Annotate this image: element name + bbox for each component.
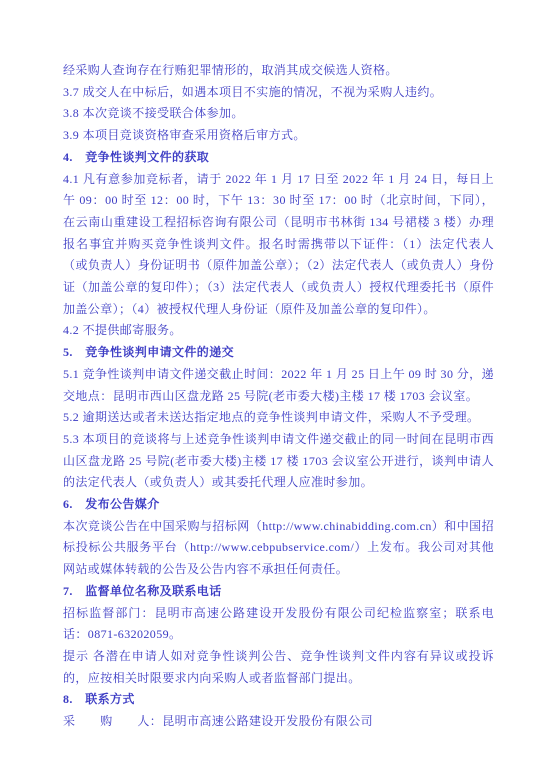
para-3-7: 3.7 成交人在中标后，如遇本项目不实施的情况，不视为采购人违约。: [63, 82, 494, 104]
para-6-media: 本次竞谈公告在中国采购与招标网（http://www.chinabidding.…: [63, 516, 494, 581]
section-heading-8-contact: 8. 联系方式: [63, 689, 494, 711]
document-body: 经采购人查询存在行贿犯罪情形的，取消其成交候选人资格。 3.7 成交人在中标后，…: [63, 60, 494, 733]
para-7-supervisor: 招标监督部门：昆明市高速公路建设开发股份有限公司纪检监察室；联系电话：0871-…: [63, 603, 494, 646]
para-5-3: 5.3 本项目的竞谈将与上述竞争性谈判申请文件递交截止的同一时间在昆明市西山区盘…: [63, 429, 494, 494]
section-heading-5-submission: 5. 竞争性谈判申请文件的递交: [63, 342, 494, 364]
para-5-2: 5.2 逾期送达或者未送达指定地点的竞争性谈判申请文件，采购人不予受理。: [63, 407, 494, 429]
section-heading-7-supervision: 7. 监督单位名称及联系电话: [63, 581, 494, 603]
para-3-8: 3.8 本次竞谈不接受联合体参加。: [63, 103, 494, 125]
section-heading-4-document-acquisition: 4. 竞争性谈判文件的获取: [63, 147, 494, 169]
para-8-purchaser: 采 购 人：昆明市高速公路建设开发股份有限公司: [63, 711, 494, 733]
para-4-2: 4.2 不提供邮寄服务。: [63, 320, 494, 342]
para-5-1: 5.1 竞争性谈判申请文件递交截止时间：2022 年 1 月 25 日上午 09…: [63, 364, 494, 407]
para-3-9: 3.9 本项目竞谈资格审查采用资格后审方式。: [63, 125, 494, 147]
para-4-1: 4.1 凡有意参加竞标者，请于 2022 年 1 月 17 日至 2022 年 …: [63, 169, 494, 321]
para-bribery-disqualification: 经采购人查询存在行贿犯罪情形的，取消其成交候选人资格。: [63, 60, 494, 82]
section-heading-6-announcement-media: 6. 发布公告媒介: [63, 494, 494, 516]
document-page: 经采购人查询存在行贿犯罪情形的，取消其成交候选人资格。 3.7 成交人在中标后，…: [0, 0, 554, 783]
para-7-tip: 提示 各潜在申请人如对竞争性谈判公告、竞争性谈判文件内容有异议或投诉的，应按相关…: [63, 646, 494, 689]
